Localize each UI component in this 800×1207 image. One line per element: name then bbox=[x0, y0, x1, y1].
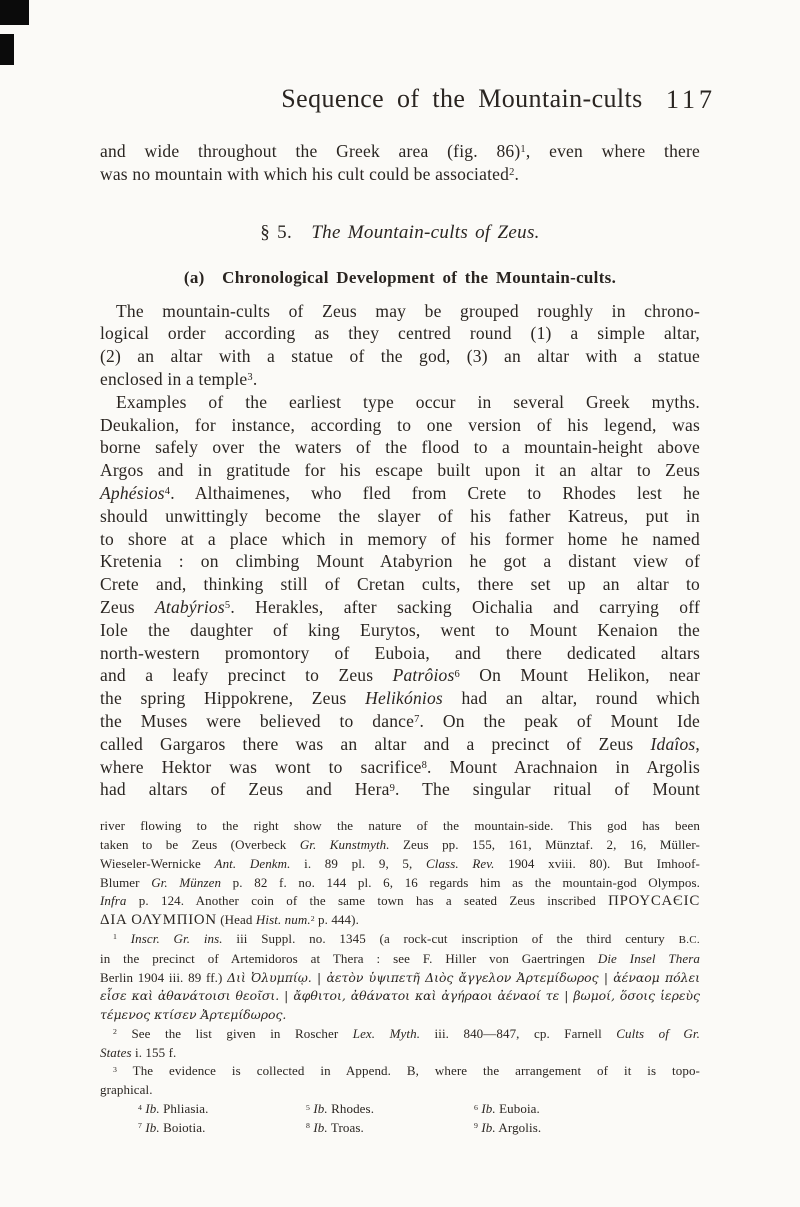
text-line: north-western promontory of Euboia, and … bbox=[100, 642, 700, 665]
section-heading: § 5. The Mountain-cults of Zeus. bbox=[100, 220, 700, 246]
text-segment: . bbox=[253, 369, 258, 389]
text-segment: Phliasia. bbox=[160, 1101, 209, 1116]
text-segment: and a leafy precinct to Zeus bbox=[100, 665, 393, 685]
footnote-index-item: 6 Ib. Euboia. bbox=[474, 1100, 642, 1119]
text-line: 1 Inscr. Gr. ins. iii Suppl. no. 1345 (a… bbox=[100, 930, 700, 950]
text-segment: τέμενος κτίσεν Ἀρτεμίδωρος. bbox=[100, 1007, 286, 1022]
text-segment: Class. Rev. bbox=[426, 856, 495, 871]
text-segment: logical order according as they centred … bbox=[100, 323, 700, 343]
text-segment: Berlin 1904 iii. 89 ff.) bbox=[100, 970, 227, 985]
footnote-marker: 5 bbox=[306, 1103, 310, 1112]
text-segment: § 5. bbox=[260, 222, 292, 243]
text-line: Zeus Atabýrios5. Herakles, after sacking… bbox=[100, 596, 700, 619]
text-segment: Examples of the earliest type occur in s… bbox=[116, 392, 700, 412]
text-segment: borne safely over the waters of the floo… bbox=[100, 437, 700, 457]
text-segment: p. 124. Another coin of the same town ha… bbox=[127, 893, 609, 908]
text-line: had altars of Zeus and Hera9. The singul… bbox=[100, 778, 700, 801]
text-line: to shore at a place which in memory of h… bbox=[100, 528, 700, 551]
text-line: Examples of the earliest type occur in s… bbox=[100, 391, 700, 414]
body-paragraph: Examples of the earliest type occur in s… bbox=[100, 391, 700, 801]
text-line: Iole the daughter of king Eurytos, went … bbox=[100, 619, 700, 642]
text-segment: The evidence is collected in Append. B, … bbox=[117, 1063, 700, 1078]
footnote-marker: 6 bbox=[454, 669, 459, 680]
footnote-index-row: 4 Ib. Phliasia.5 Ib. Rhodes.6 Ib. Euboia… bbox=[100, 1100, 700, 1119]
text-segment bbox=[292, 222, 311, 243]
text-segment: Ib. bbox=[145, 1101, 159, 1116]
text-segment: Kretenia : on climbing Mount Atabyrion h… bbox=[100, 551, 700, 571]
text-line: where Hektor was wont to sacrifice8. Mou… bbox=[100, 756, 700, 779]
text-segment: , even where there bbox=[526, 141, 700, 161]
text-line: 2 See the list given in Roscher Lex. Myt… bbox=[100, 1025, 700, 1044]
footnote-marker: 4 bbox=[165, 486, 170, 497]
text-line: enclosed in a temple3. bbox=[100, 368, 700, 391]
text-segment bbox=[117, 931, 131, 946]
text-segment: to shore at a place which in memory of h… bbox=[100, 529, 700, 549]
text-line: States i. 155 f. bbox=[100, 1044, 700, 1063]
text-segment: river flowing to the right show the natu… bbox=[100, 818, 700, 833]
text-segment: in the precinct of Artemidoros at Thera … bbox=[100, 951, 598, 966]
text-segment: Διὶ Ὀλυμπίῳ. | ἀετὸν ὑψιπετῆ Διὸς ἄγγελο… bbox=[227, 970, 700, 985]
page-number: 117 bbox=[666, 85, 716, 115]
text-segment: Gr. Münzen bbox=[151, 875, 221, 890]
text-segment: had an altar, round which bbox=[443, 688, 700, 708]
footnote-index-item: 4 Ib. Phliasia. bbox=[138, 1100, 306, 1119]
text-segment: p. 82 f. no. 144 pl. 6, 16 regards him a… bbox=[221, 875, 700, 890]
text-segment: the Muses were believed to dance bbox=[100, 711, 414, 731]
footnote-2: 2 See the list given in Roscher Lex. Myt… bbox=[100, 1025, 700, 1063]
text-segment: (2) an altar with a statue of the god, (… bbox=[100, 346, 700, 366]
text-segment: Troas. bbox=[328, 1120, 364, 1135]
text-line: Kretenia : on climbing Mount Atabyrion h… bbox=[100, 550, 700, 573]
text-segment: iii Suppl. no. 1345 (a rock-cut inscript… bbox=[223, 931, 679, 946]
footnote-marker: 7 bbox=[138, 1121, 142, 1130]
text-segment: Idaîos bbox=[650, 734, 695, 754]
footnote-continuation: river flowing to the right show the natu… bbox=[100, 817, 700, 930]
text-line: and a leafy precinct to Zeus Patrôios6 O… bbox=[100, 664, 700, 687]
text-segment: Boiotia. bbox=[160, 1120, 206, 1135]
text-segment: , bbox=[695, 734, 700, 754]
text-line: Berlin 1904 iii. 89 ff.) Διὶ Ὀλυμπίῳ. | … bbox=[100, 969, 700, 988]
text-line: εἷσε καὶ ἀθανάτοισι θεοῖσι. | ἄφθιτοι, ἀ… bbox=[100, 987, 700, 1006]
text-line: The mountain-cults of Zeus may be groupe… bbox=[100, 300, 700, 323]
text-segment: On Mount Helikon, near bbox=[460, 665, 700, 685]
text-segment: The Mountain-cults of Zeus. bbox=[311, 222, 539, 243]
footnote-marker: 5 bbox=[225, 600, 230, 611]
text-segment: Argos and in gratitude for his escape bu… bbox=[100, 460, 700, 480]
footnote-marker: 9 bbox=[474, 1121, 478, 1130]
text-line: borne safely over the waters of the floo… bbox=[100, 436, 700, 459]
text-line: ΔΙΑ ΟΛΥΜΠΙΟΝ (Head Hist. num.2 p. 444). bbox=[100, 911, 700, 930]
text-segment: The mountain-cults of Zeus may be groupe… bbox=[116, 301, 700, 321]
text-segment: Ant. Denkm. bbox=[215, 856, 291, 871]
text-segment: Ib. bbox=[313, 1101, 327, 1116]
footnote-marker: 2 bbox=[113, 1027, 117, 1036]
text-segment: . Mount Arachnaion in Argolis bbox=[427, 757, 700, 777]
text-segment: Zeus bbox=[100, 597, 155, 617]
text-segment: Helikónios bbox=[365, 688, 443, 708]
text-segment: enclosed in a temple bbox=[100, 369, 247, 389]
footnote-index-item: 9 Ib. Argolis. bbox=[474, 1119, 642, 1138]
text-segment: had altars of Zeus and Hera bbox=[100, 779, 390, 799]
text-segment: (Head bbox=[217, 912, 256, 927]
footnote-index-item: 8 Ib. Troas. bbox=[306, 1119, 474, 1138]
text-segment: Inscr. Gr. ins. bbox=[131, 931, 223, 946]
text-segment: Die Insel Thera bbox=[598, 951, 700, 966]
text-segment: Gr. Kunstmyth. bbox=[300, 837, 390, 852]
footnote-index-item: 5 Ib. Rhodes. bbox=[306, 1100, 474, 1119]
text-segment: called Gargaros there was an altar and a… bbox=[100, 734, 650, 754]
text-segment: Aphésios bbox=[100, 483, 165, 503]
footnote-1: 1 Inscr. Gr. ins. iii Suppl. no. 1345 (a… bbox=[100, 930, 700, 1025]
body-paragraph: The mountain-cults of Zeus may be groupe… bbox=[100, 300, 700, 391]
book-page: Sequence of the Mountain-cults 117 and w… bbox=[0, 0, 800, 1207]
footnote-index: 4 Ib. Phliasia.5 Ib. Rhodes.6 Ib. Euboia… bbox=[100, 1100, 700, 1138]
text-segment: Ib. bbox=[481, 1101, 495, 1116]
text-line: in the precinct of Artemidoros at Thera … bbox=[100, 950, 700, 969]
scan-artifact bbox=[0, 0, 29, 25]
footnote-marker: 4 bbox=[138, 1103, 142, 1112]
text-line: Deukalion, for instance, according to on… bbox=[100, 414, 700, 437]
text-segment: iii. 840—847, cp. Farnell bbox=[420, 1026, 616, 1041]
footnote-marker: 1 bbox=[520, 144, 525, 155]
text-line: and wide throughout the Greek area (fig.… bbox=[100, 140, 700, 163]
text-segment: Iole the daughter of king Eurytos, went … bbox=[100, 620, 700, 640]
text-segment: Deukalion, for instance, according to on… bbox=[100, 415, 700, 435]
text-segment: i. 155 f. bbox=[132, 1045, 177, 1060]
page-title: Sequence of the Mountain-cults bbox=[281, 84, 642, 114]
text-segment: Patrôios bbox=[393, 665, 455, 685]
text-segment: Atabýrios bbox=[155, 597, 225, 617]
text-segment: Infra bbox=[100, 893, 127, 908]
text-segment: Lex. Myth. bbox=[353, 1026, 420, 1041]
text-segment: i. 89 pl. 9, 5, bbox=[291, 856, 426, 871]
text-segment: . Althaimenes, who fled from Crete to Rh… bbox=[170, 483, 700, 503]
text-line: Argos and in gratitude for his escape bu… bbox=[100, 459, 700, 482]
text-line: 3 The evidence is collected in Append. B… bbox=[100, 1062, 700, 1081]
footnote-marker: 2 bbox=[311, 914, 315, 923]
text-segment: Euboia. bbox=[496, 1101, 540, 1116]
text-segment: Ib. bbox=[313, 1120, 327, 1135]
page-content: Sequence of the Mountain-cults 117 and w… bbox=[100, 0, 700, 1138]
text-segment: Argolis. bbox=[496, 1120, 541, 1135]
text-segment: north-western promontory of Euboia, and … bbox=[100, 643, 700, 663]
text-line: called Gargaros there was an altar and a… bbox=[100, 733, 700, 756]
text-line: Blumer Gr. Münzen p. 82 f. no. 144 pl. 6… bbox=[100, 874, 700, 893]
text-segment: was no mountain with which his cult coul… bbox=[100, 164, 509, 184]
text-segment: B.C. bbox=[679, 934, 700, 946]
text-segment: ΠΡΟΥϹΑЄΙϹ bbox=[608, 893, 700, 909]
footnote-marker: 2 bbox=[509, 167, 514, 178]
text-segment: εἷσε καὶ ἀθανάτοισι θεοῖσι. | ἄφθιτοι, ἀ… bbox=[100, 988, 700, 1003]
text-line: the Muses were believed to dance7. On th… bbox=[100, 710, 700, 733]
text-segment: Ib. bbox=[145, 1120, 159, 1135]
text-line: river flowing to the right show the natu… bbox=[100, 817, 700, 836]
text-segment: . bbox=[515, 164, 520, 184]
intro-paragraph: and wide throughout the Greek area (fig.… bbox=[100, 140, 700, 186]
footnote-marker: 1 bbox=[113, 932, 117, 941]
text-line: (2) an altar with a statue of the god, (… bbox=[100, 345, 700, 368]
text-segment: (a) Chronological Development of the Mou… bbox=[184, 268, 616, 287]
footnote-marker: 9 bbox=[390, 783, 395, 794]
text-segment: See the list given in Roscher bbox=[117, 1026, 353, 1041]
text-segment: . On the peak of Mount Ide bbox=[420, 711, 700, 731]
text-segment: Cults of Gr. bbox=[616, 1026, 700, 1041]
text-line: was no mountain with which his cult coul… bbox=[100, 163, 700, 186]
footnote-index-item: 7 Ib. Boiotia. bbox=[138, 1119, 306, 1138]
text-line: the spring Hippokrene, Zeus Helikónios h… bbox=[100, 687, 700, 710]
text-line: τέμενος κτίσεν Ἀρτεμίδωρος. bbox=[100, 1006, 700, 1025]
text-segment: p. 444). bbox=[315, 912, 359, 927]
text-segment: should unwittingly become the slayer of … bbox=[100, 506, 700, 526]
scan-artifact bbox=[0, 34, 14, 65]
text-segment: graphical. bbox=[100, 1082, 153, 1097]
text-line: taken to be Zeus (Overbeck Gr. Kunstmyth… bbox=[100, 836, 700, 855]
text-line: Aphésios4. Althaimenes, who fled from Cr… bbox=[100, 482, 700, 505]
text-segment: . The singular ritual of Mount bbox=[395, 779, 700, 799]
footnote-3: 3 The evidence is collected in Append. B… bbox=[100, 1062, 700, 1100]
footnote-marker: 8 bbox=[422, 760, 427, 771]
text-segment: 1904 xviii. 80). But Imhoof- bbox=[495, 856, 700, 871]
text-line: should unwittingly become the slayer of … bbox=[100, 505, 700, 528]
text-segment: Hist. num. bbox=[256, 912, 311, 927]
text-segment: Zeus pp. 155, 161, Münztaf. 2, 16, Mülle… bbox=[390, 837, 700, 852]
text-segment: taken to be Zeus (Overbeck bbox=[100, 837, 300, 852]
text-segment: . Herakles, after sacking Oichalia and c… bbox=[230, 597, 700, 617]
footnote-marker: 8 bbox=[306, 1121, 310, 1130]
text-line: graphical. bbox=[100, 1081, 700, 1100]
text-line: Crete and, thinking still of Cretan cult… bbox=[100, 573, 700, 596]
text-segment: Blumer bbox=[100, 875, 151, 890]
running-head: Sequence of the Mountain-cults 117 bbox=[100, 84, 700, 118]
text-segment: Rhodes. bbox=[328, 1101, 374, 1116]
footnote-marker: 3 bbox=[113, 1065, 117, 1074]
text-segment: Crete and, thinking still of Cretan cult… bbox=[100, 574, 700, 594]
footnote-marker: 3 bbox=[247, 372, 252, 383]
text-segment: and wide throughout the Greek area (fig.… bbox=[100, 141, 520, 161]
text-line: Wieseler-Wernicke Ant. Denkm. i. 89 pl. … bbox=[100, 855, 700, 874]
text-segment: the spring Hippokrene, Zeus bbox=[100, 688, 365, 708]
footnote-marker: 6 bbox=[474, 1103, 478, 1112]
text-segment: where Hektor was wont to sacrifice bbox=[100, 757, 422, 777]
footnote-marker: 7 bbox=[414, 714, 419, 725]
footnotes-section: river flowing to the right show the natu… bbox=[100, 817, 700, 1138]
subsection-heading: (a) Chronological Development of the Mou… bbox=[100, 266, 700, 290]
text-segment: ΔΙΑ ΟΛΥΜΠΙΟΝ bbox=[100, 912, 217, 928]
text-segment: Wieseler-Wernicke bbox=[100, 856, 215, 871]
text-segment: Ib. bbox=[481, 1120, 495, 1135]
text-line: Infra p. 124. Another coin of the same t… bbox=[100, 892, 700, 911]
text-segment: States bbox=[100, 1045, 132, 1060]
text-line: logical order according as they centred … bbox=[100, 322, 700, 345]
footnote-index-row: 7 Ib. Boiotia.8 Ib. Troas.9 Ib. Argolis. bbox=[100, 1119, 700, 1138]
